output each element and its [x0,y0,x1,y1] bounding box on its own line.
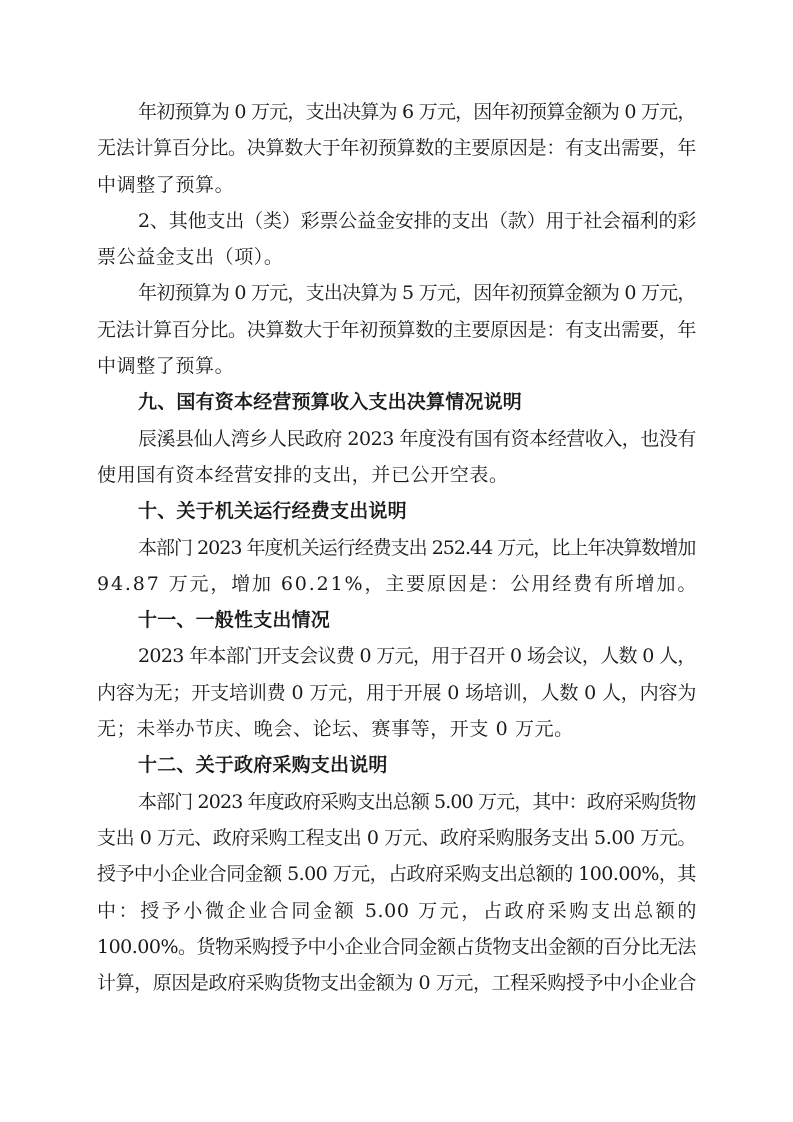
paragraph-lottery-welfare-item: 2、其他支出（类）彩票公益金安排的支出（款）用于社会福利的彩 票公益金支出（项）… [97,203,697,276]
text-line: 年初预算为 0 万元，支出决算为 6 万元，因年初预算金额为 0 万元， [97,94,697,130]
paragraph-operating-expenses: 本部门 2023 年度机关运行经费支出 252.44 万元，比上年决算数增加 9… [97,530,697,603]
paragraph-state-capital: 辰溪县仙人湾乡人民政府 2023 年度没有国有资本经营收入，也没有 使用国有资本… [97,421,697,494]
section-heading-11: 十一、一般性支出情况 [97,602,697,638]
paragraph-government-procurement: 本部门 2023 年度政府采购支出总额 5.00 万元，其中：政府采购货物 支出… [97,784,697,1002]
text-line: 94.87 万元，增加 60.21%，主要原因是：公用经费有所增加。 [97,566,697,602]
paragraph-budget-item-1-result: 年初预算为 0 万元，支出决算为 6 万元，因年初预算金额为 0 万元， 无法计… [97,94,697,203]
paragraph-general-expenses: 2023 年本部门开支会议费 0 万元，用于召开 0 场会议，人数 0 人， 内… [97,638,697,747]
text-line: 年初预算为 0 万元，支出决算为 5 万元，因年初预算金额为 0 万元， [97,275,697,311]
paragraph-budget-item-2-result: 年初预算为 0 万元，支出决算为 5 万元，因年初预算金额为 0 万元， 无法计… [97,275,697,384]
text-line: 无法计算百分比。决算数大于年初预算数的主要原因是：有支出需要，年 [97,312,697,348]
text-line: 使用国有资本经营安排的支出，并已公开空表。 [97,457,697,493]
document-page: 年初预算为 0 万元，支出决算为 6 万元，因年初预算金额为 0 万元， 无法计… [97,94,697,1001]
text-line: 中调整了预算。 [97,167,697,203]
text-line: 支出 0 万元、政府采购工程支出 0 万元、政府采购服务支出 5.00 万元。 [97,820,697,856]
text-line: 票公益金支出（项）。 [97,239,697,275]
section-heading-12: 十二、关于政府采购支出说明 [97,747,697,783]
text-line: 内容为无；开支培训费 0 万元，用于开展 0 场培训，人数 0 人，内容为 [97,675,697,711]
section-heading-9: 九、国有资本经营预算收入支出决算情况说明 [97,384,697,420]
text-line: 授予中小企业合同金额 5.00 万元，占政府采购支出总额的 100.00%，其 [97,856,697,892]
text-line: 2、其他支出（类）彩票公益金安排的支出（款）用于社会福利的彩 [97,203,697,239]
text-line: 中：授予小微企业合同金额 5.00 万元，占政府采购支出总额的 [97,893,697,929]
text-line: 无；未举办节庆、晚会、论坛、赛事等，开支 0 万元。 [97,711,697,747]
text-line: 本部门 2023 年度政府采购支出总额 5.00 万元，其中：政府采购货物 [97,784,697,820]
text-line: 2023 年本部门开支会议费 0 万元，用于召开 0 场会议，人数 0 人， [97,638,697,674]
text-line: 中调整了预算。 [97,348,697,384]
text-line: 辰溪县仙人湾乡人民政府 2023 年度没有国有资本经营收入，也没有 [97,421,697,457]
section-heading-10: 十、关于机关运行经费支出说明 [97,493,697,529]
text-line: 无法计算百分比。决算数大于年初预算数的主要原因是：有支出需要，年 [97,130,697,166]
text-line: 计算，原因是政府采购货物支出金额为 0 万元，工程采购授予中小企业合 [97,965,697,1001]
text-line: 本部门 2023 年度机关运行经费支出 252.44 万元，比上年决算数增加 [97,530,697,566]
text-line: 100.00%。货物采购授予中小企业合同金额占货物支出金额的百分比无法 [97,929,697,965]
